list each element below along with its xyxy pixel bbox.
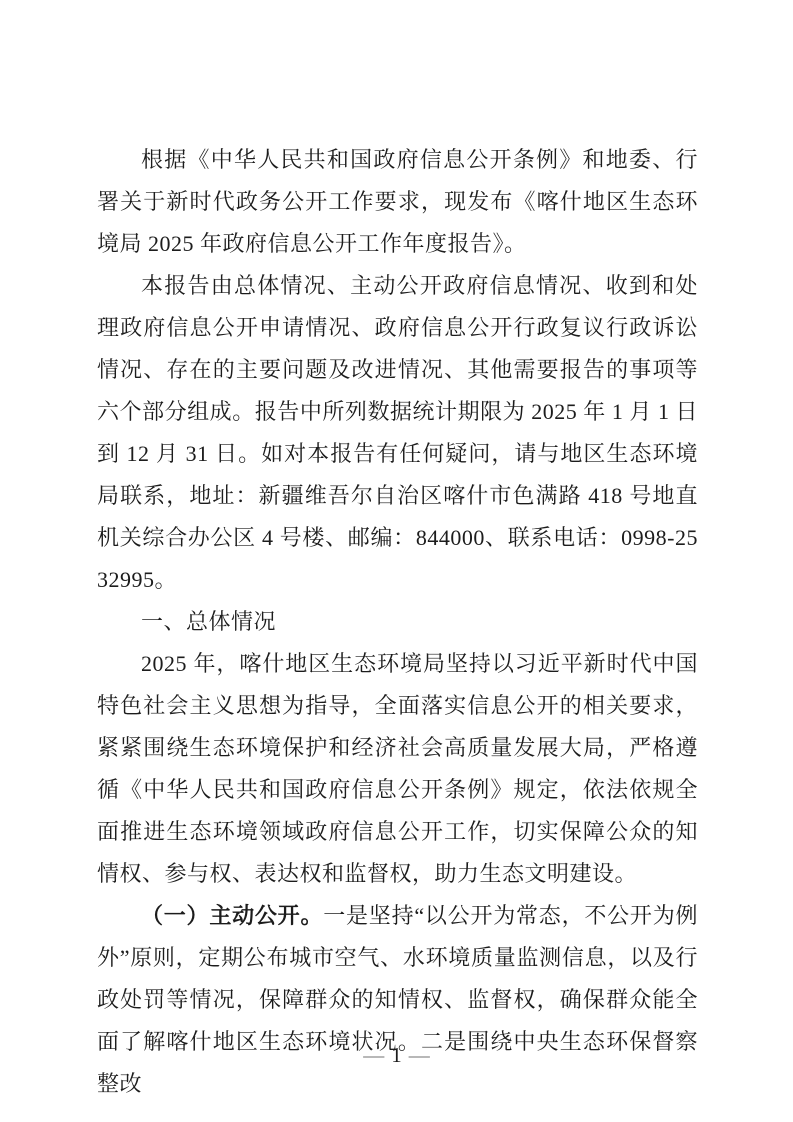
text-run: 2025 年，喀什地区生态环境局坚持以习近平新时代中国特色社会主义思想为指导，全… xyxy=(97,651,698,886)
para-intro: 根据《中华人民共和国政府信息公开条例》和地委、行署关于新时代政务公开工作要求，现… xyxy=(97,139,698,265)
para-report-structure: 本报告由总体情况、主动公开政府信息情况、收到和处理政府信息公开申请情况、政府信息… xyxy=(97,265,698,601)
text-run: 一、总体情况 xyxy=(141,609,276,634)
document-page: 根据《中华人民共和国政府信息公开条例》和地委、行署关于新时代政务公开工作要求，现… xyxy=(0,0,793,1122)
footer-dash-left: — xyxy=(356,1043,391,1067)
text-run-bold: （一）主动公开。 xyxy=(141,903,323,928)
text-run: 本报告由总体情况、主动公开政府信息情况、收到和处理政府信息公开申请情况、政府信息… xyxy=(97,273,698,592)
para-section-one-overview: 2025 年，喀什地区生态环境局坚持以习近平新时代中国特色社会主义思想为指导，全… xyxy=(97,643,698,895)
footer-dash-right: — xyxy=(402,1043,437,1067)
text-run: 根据《中华人民共和国政府信息公开条例》和地委、行署关于新时代政务公开工作要求，现… xyxy=(97,147,698,256)
para-active-disclosure: （一）主动公开。一是坚持“以公开为常态，不公开为例外”原则，定期公布城市空气、水… xyxy=(97,895,698,1105)
page-number: 1 xyxy=(391,1043,402,1067)
heading-section-one: 一、总体情况 xyxy=(97,601,698,643)
document-body: 根据《中华人民共和国政府信息公开条例》和地委、行署关于新时代政务公开工作要求，现… xyxy=(97,139,698,1105)
page-footer: —1— xyxy=(0,1040,793,1070)
